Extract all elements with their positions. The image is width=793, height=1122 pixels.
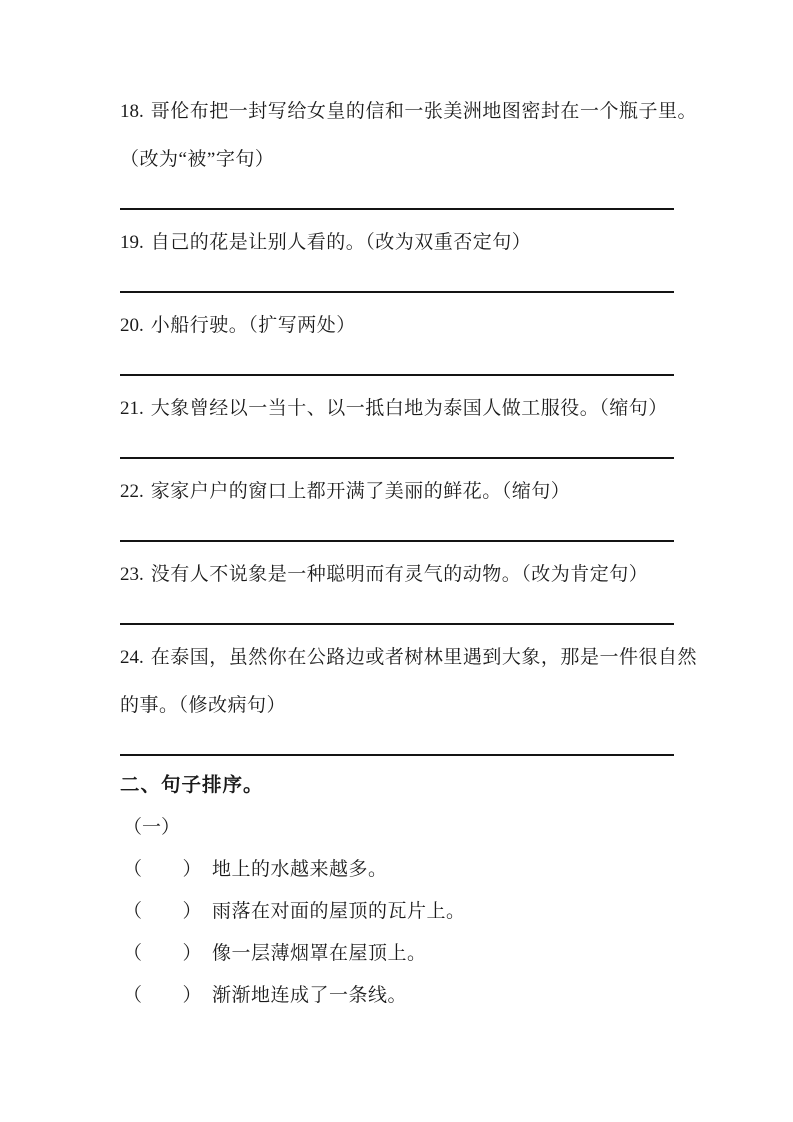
ordering-item-4-text: 渐渐地连成了一条线。 — [212, 985, 407, 1006]
ordering-item-3-text: 像一层薄烟罩在屋顶上。 — [212, 943, 427, 964]
question-21-text: 大象曾经以一当十、以一抵白地为泰国人做工服役。（缩句） — [151, 398, 668, 419]
ordering-item-4: （）渐渐地连成了一条线。 — [120, 975, 697, 1017]
question-19-number: 19. — [120, 232, 144, 253]
question-23-number: 23. — [120, 564, 144, 585]
paren-open: （ — [123, 859, 143, 880]
ordering-item-3: （）像一层薄烟罩在屋顶上。 — [120, 933, 697, 975]
question-23-text: 没有人不说象是一种聪明而有灵气的动物。（改为肯定句） — [151, 564, 649, 585]
ordering-item-1: （）地上的水越来越多。 — [120, 849, 697, 891]
question-21: 21.大象曾经以一当十、以一抵白地为泰国人做工服役。（缩句） — [120, 385, 697, 433]
question-22-number: 22. — [120, 481, 144, 502]
paren-close: ） — [183, 985, 203, 1006]
paren-close: ） — [183, 901, 203, 922]
question-22: 22.家家户户的窗口上都开满了美丽的鲜花。（缩句） — [120, 468, 697, 516]
answer-line-20 — [120, 374, 674, 376]
question-20-text: 小船行驶。（扩写两处） — [151, 315, 356, 336]
ordering-item-2: （）雨落在对面的屋顶的瓦片上。 — [120, 891, 697, 933]
question-18-text: 哥伦布把一封写给女皇的信和一张美洲地图密封在一个瓶子里。（改为“被”字句） — [120, 101, 697, 170]
paren-close: ） — [183, 859, 203, 880]
question-24: 24.在泰国，虽然你在公路边或者树林里遇到大象，那是一件很自然的事。（修改病句） — [120, 634, 697, 730]
question-24-text: 在泰国，虽然你在公路边或者树林里遇到大象，那是一件很自然的事。（修改病句） — [120, 647, 697, 716]
paren-open: （ — [123, 901, 143, 922]
worksheet-page: 18.哥伦布把一封写给女皇的信和一张美洲地图密封在一个瓶子里。（改为“被”字句）… — [0, 0, 793, 1122]
paren-open: （ — [123, 985, 143, 1006]
paren-close: ） — [183, 943, 203, 964]
ordering-item-1-text: 地上的水越来越多。 — [212, 859, 388, 880]
question-20-number: 20. — [120, 315, 144, 336]
rewrite-questions-section: 18.哥伦布把一封写给女皇的信和一张美洲地图密封在一个瓶子里。（改为“被”字句）… — [120, 88, 697, 756]
question-20: 20.小船行驶。（扩写两处） — [120, 302, 697, 350]
question-19: 19.自己的花是让别人看的。（改为双重否定句） — [120, 219, 697, 267]
answer-line-23 — [120, 623, 674, 625]
group-label: （一） — [120, 807, 697, 849]
question-18: 18.哥伦布把一封写给女皇的信和一张美洲地图密封在一个瓶子里。（改为“被”字句） — [120, 88, 697, 184]
question-23: 23.没有人不说象是一种聪明而有灵气的动物。（改为肯定句） — [120, 551, 697, 599]
question-22-text: 家家户户的窗口上都开满了美丽的鲜花。（缩句） — [151, 481, 571, 502]
question-21-number: 21. — [120, 398, 144, 419]
sentence-ordering-section: 二、句子排序。 （一） （）地上的水越来越多。 （）雨落在对面的屋顶的瓦片上。 … — [120, 765, 697, 1017]
question-19-text: 自己的花是让别人看的。（改为双重否定句） — [151, 232, 532, 253]
answer-line-22 — [120, 540, 674, 542]
section-heading: 二、句子排序。 — [120, 765, 697, 807]
question-24-number: 24. — [120, 647, 144, 668]
answer-line-18 — [120, 208, 674, 210]
answer-line-21 — [120, 457, 674, 459]
answer-line-19 — [120, 291, 674, 293]
answer-line-24 — [120, 754, 674, 756]
paren-open: （ — [123, 943, 143, 964]
question-18-number: 18. — [120, 101, 144, 122]
ordering-item-2-text: 雨落在对面的屋顶的瓦片上。 — [212, 901, 466, 922]
